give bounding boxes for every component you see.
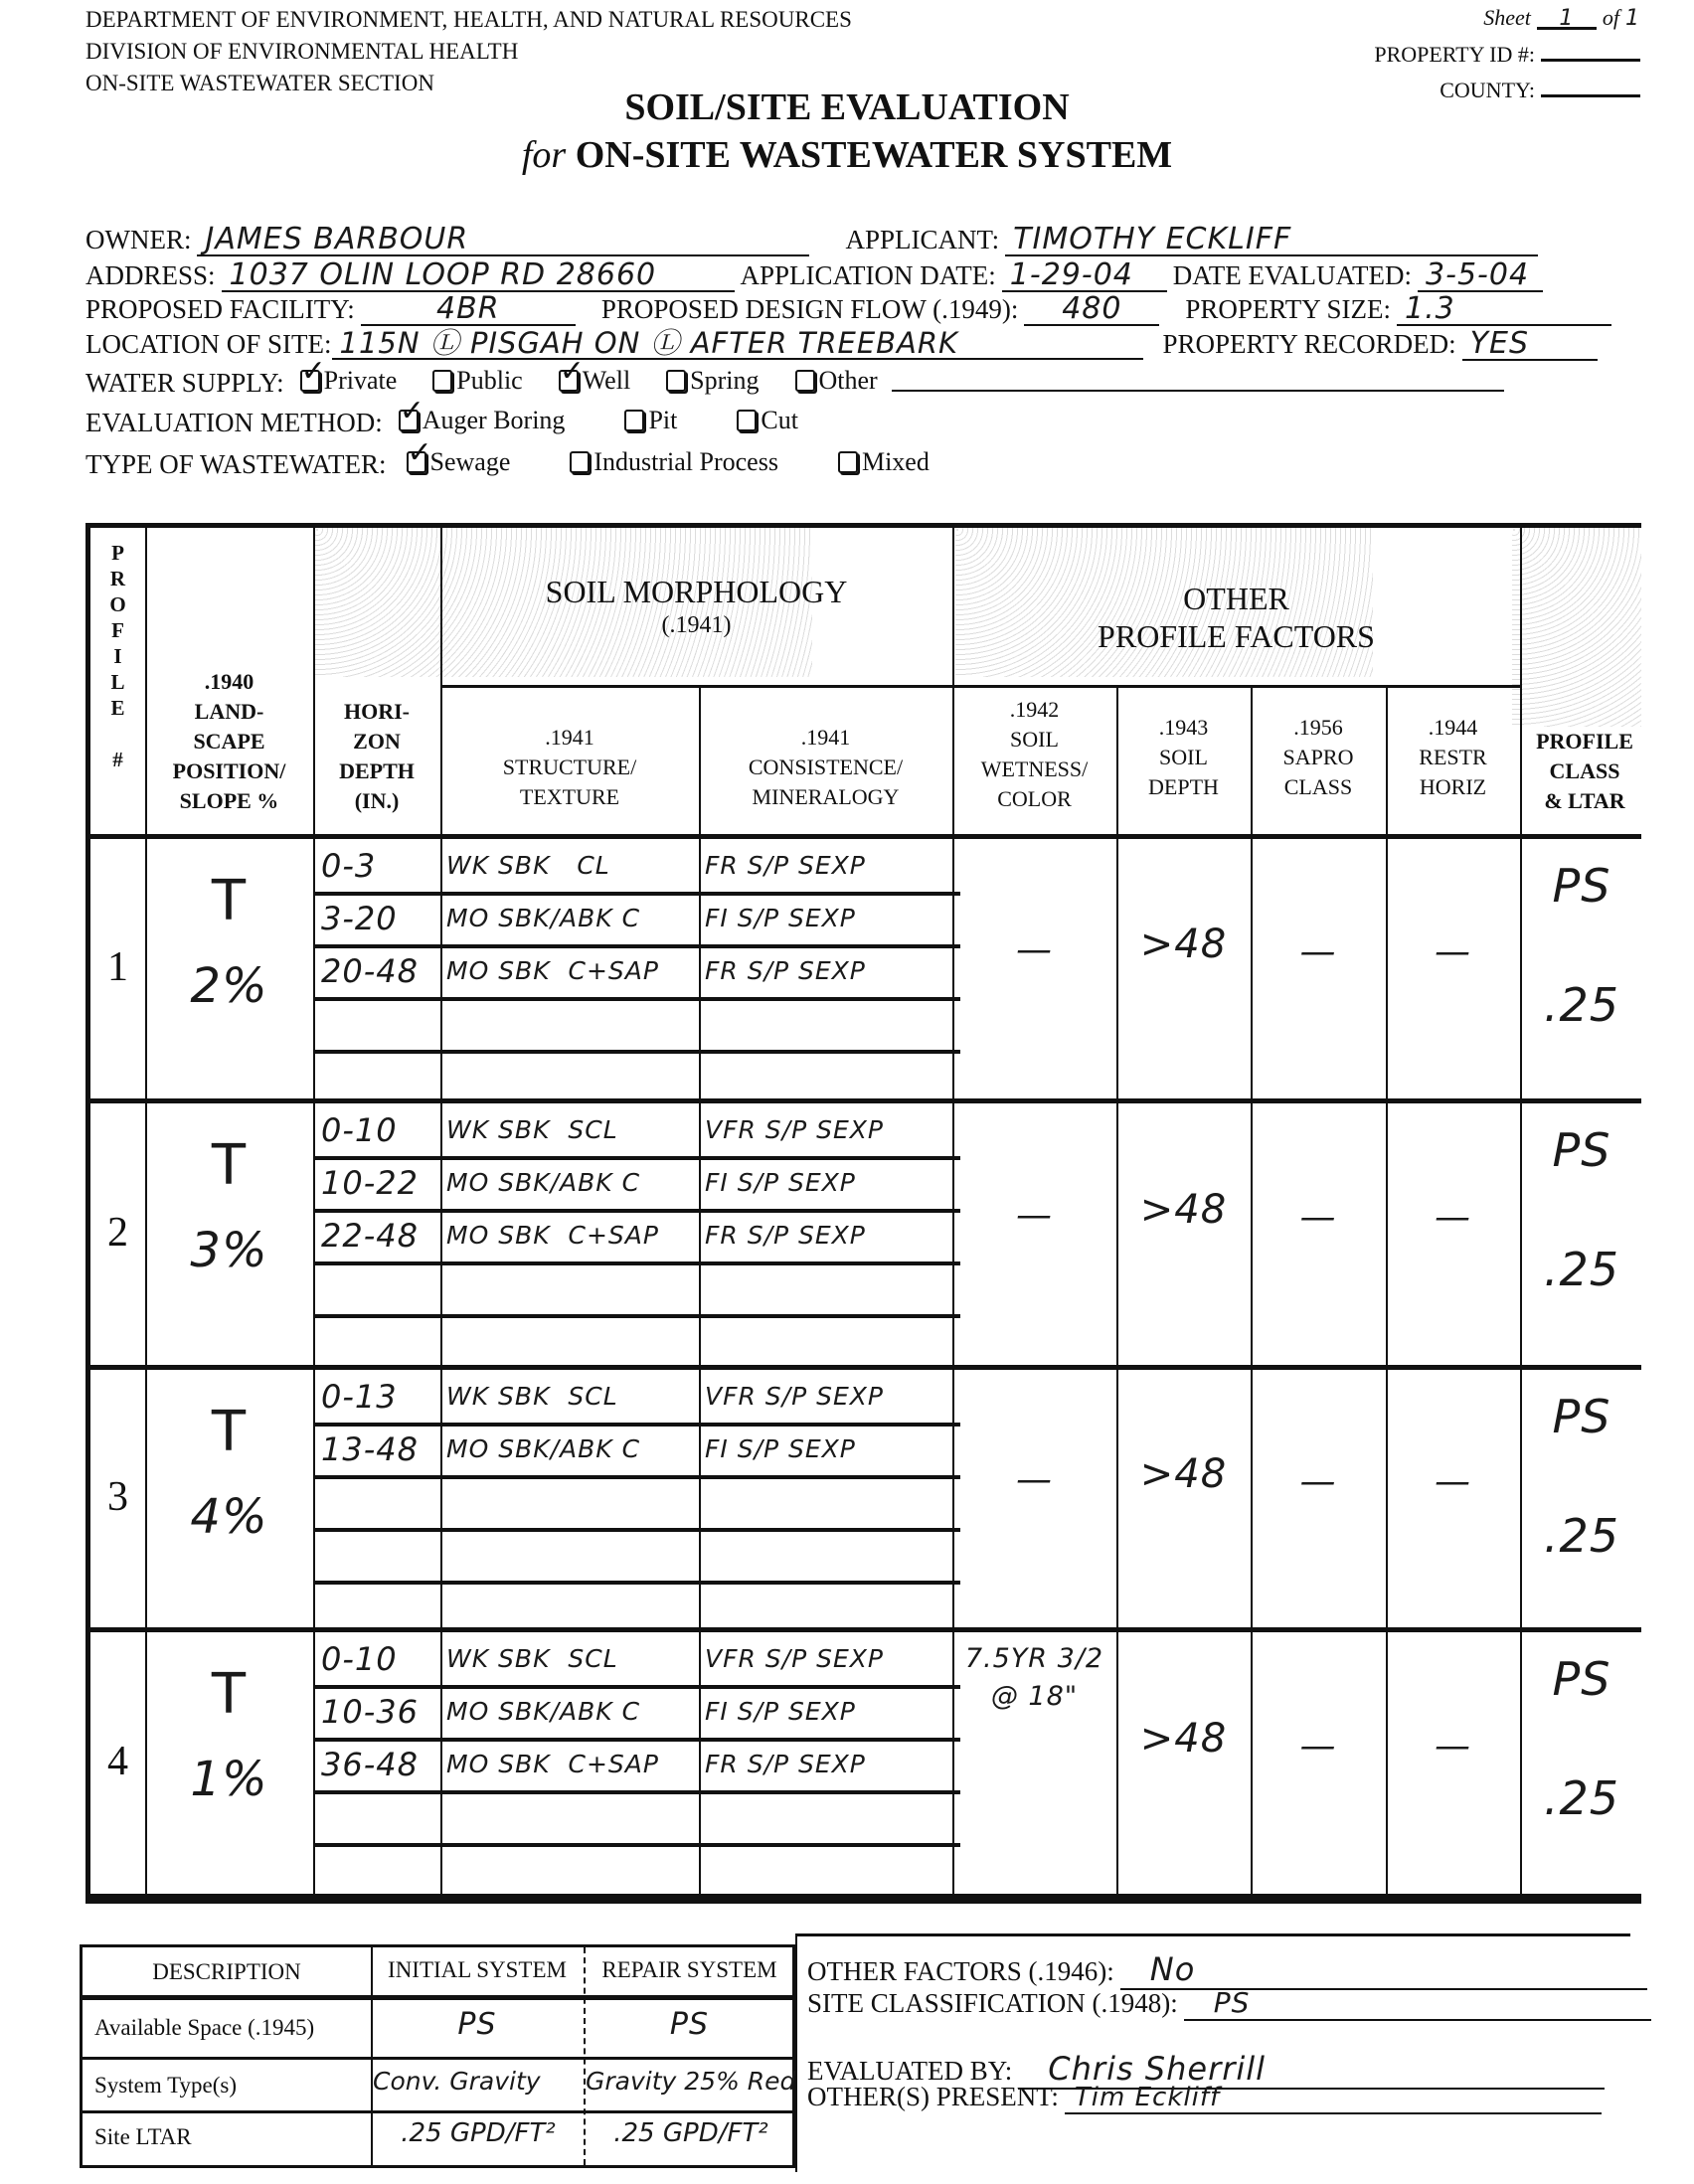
horizon-depth[interactable]: 36-48	[321, 1746, 419, 1783]
available-space-repair[interactable]: PS	[584, 2007, 795, 2042]
profile-class[interactable]: PS	[1522, 1123, 1641, 1177]
restr-horiz[interactable]: —	[1386, 1461, 1520, 1502]
applicant-label: APPLICANT:	[845, 225, 999, 255]
profile-number: 2	[90, 1209, 145, 1257]
restr-horiz[interactable]: —	[1386, 931, 1520, 972]
address-label: ADDRESS:	[85, 260, 216, 291]
application-date-label: APPLICATION DATE:	[741, 260, 996, 291]
wetness-value: —	[952, 1461, 1116, 1499]
repair-system-header: REPAIR SYSTEM	[584, 1957, 795, 1983]
other-factors-label: OTHER FACTORS (.1946):	[807, 1956, 1114, 1987]
checkbox-checked-icon[interactable]	[407, 451, 426, 473]
subtitle-text: ON-SITE WASTEWATER SYSTEM	[576, 134, 1172, 176]
profile-ltar[interactable]: .25	[1522, 1509, 1641, 1563]
consistence-mineralogy[interactable]: FI S/P SEXP	[705, 1434, 951, 1463]
evaluation-method-cut[interactable]: Cut	[737, 406, 798, 435]
footer-divider-vertical	[795, 1933, 797, 2172]
horizon-depth-header: HORI-ZONDEPTH(IN.)	[313, 697, 440, 816]
structure-texture[interactable]: WK SBK CL	[446, 851, 697, 880]
profile-ltar[interactable]: .25	[1522, 1243, 1641, 1296]
sapro-class[interactable]: —	[1251, 1461, 1386, 1502]
footer-divider	[795, 1933, 1630, 1936]
others-present-row: OTHER(S) PRESENT: Tim Eckliff	[807, 2082, 1602, 2114]
water-supply-well[interactable]: Well	[559, 366, 630, 396]
wetness-value: 7.5YR 3/2	[952, 1640, 1116, 1678]
consistence-mineralogy[interactable]: FR S/P SEXP	[705, 851, 951, 880]
wastewater-type-mixed[interactable]: Mixed	[838, 447, 930, 477]
soil-depth[interactable]: >48	[1116, 1716, 1251, 1762]
other-factors-field[interactable]: No	[1120, 1950, 1647, 1990]
checkbox-checked-icon[interactable]	[559, 370, 579, 392]
checkbox-icon[interactable]	[432, 370, 452, 392]
evaluation-method-auger[interactable]: Auger Boring	[399, 406, 566, 435]
soil-wetness-color[interactable]: —	[952, 1461, 1116, 1499]
consistence-mineralogy[interactable]: VFR S/P SEXP	[705, 1115, 951, 1144]
design-flow-label: PROPOSED DESIGN FLOW (.1949):	[601, 294, 1019, 325]
soil-profile-table: PROFILE # .1940LAND-SCAPEPOSITION/SLOPE …	[85, 523, 1636, 1899]
property-size-field[interactable]: 1.3	[1397, 294, 1611, 326]
structure-texture-header: .1941STRUCTURE/TEXTURE	[440, 723, 699, 812]
soil-depth[interactable]: >48	[1116, 1187, 1251, 1233]
horizon-depth[interactable]: 0-10	[321, 1111, 398, 1149]
soil-depth[interactable]: >48	[1116, 922, 1251, 967]
horizon-depth[interactable]: 20-48	[321, 952, 419, 990]
water-supply-other-field[interactable]	[892, 390, 1504, 392]
available-space-initial[interactable]: PS	[371, 2007, 584, 2042]
soil-wetness-color[interactable]: 7.5YR 3/2@ 18"	[952, 1640, 1116, 1716]
checkbox-icon[interactable]	[666, 370, 686, 392]
location-label: LOCATION OF SITE:	[85, 329, 332, 360]
wetness-value: —	[952, 931, 1116, 969]
proposed-facility-field[interactable]: 4BR	[361, 294, 576, 326]
profile-number: 3	[90, 1473, 145, 1521]
system-type-label: System Type(s)	[94, 2073, 237, 2099]
evaluation-method-pit[interactable]: Pit	[624, 406, 677, 435]
wetness-depth: @ 18"	[952, 1678, 1116, 1716]
description-header: DESCRIPTION	[83, 1959, 371, 1985]
checkbox-icon[interactable]	[570, 451, 590, 473]
other-factors-row: OTHER FACTORS (.1946): No	[807, 1950, 1647, 1990]
system-summary-table: DESCRIPTION INITIAL SYSTEM REPAIR SYSTEM…	[80, 1944, 795, 2168]
checkbox-icon[interactable]	[838, 451, 858, 473]
property-recorded-label: PROPERTY RECORDED:	[1163, 329, 1456, 360]
others-present-field[interactable]: Tim Eckliff	[1065, 2083, 1602, 2114]
location-field[interactable]: 115N Ⓛ PISGAH ON Ⓛ AFTER TREEBARK	[332, 328, 1143, 360]
proposed-facility-label: PROPOSED FACILITY:	[85, 294, 355, 325]
profile-number: 1	[90, 943, 145, 991]
date-evaluated-field[interactable]: 3-5-04	[1418, 260, 1543, 292]
horizon-depth[interactable]: 0-3	[321, 847, 376, 885]
evaluation-method-row: EVALUATION METHOD: Auger Boring Pit Cut	[85, 406, 834, 438]
consistence-mineralogy[interactable]: VFR S/P SEXP	[705, 1382, 951, 1411]
soil-wetness-header: .1942SOILWETNESS/COLOR	[952, 695, 1116, 814]
site-classification-label: SITE CLASSIFICATION (.1948):	[807, 1988, 1178, 2019]
wastewater-type-sewage[interactable]: Sewage	[407, 447, 511, 477]
structure-texture[interactable]: MO SBK/ABK C	[446, 1697, 697, 1726]
profile-class[interactable]: PS	[1522, 1652, 1641, 1706]
horizon-depth[interactable]: 22-48	[321, 1217, 419, 1255]
horizon-depth[interactable]: 3-20	[321, 900, 398, 937]
consistence-mineralogy-header: .1941CONSISTENCE/MINERALOGY	[699, 723, 952, 812]
consistence-mineralogy[interactable]: FR S/P SEXP	[705, 956, 951, 985]
consistence-mineralogy[interactable]: FR S/P SEXP	[705, 1221, 951, 1250]
consistence-mineralogy[interactable]: FI S/P SEXP	[705, 1697, 951, 1726]
form-subtitle: for ON-SITE WASTEWATER SYSTEM	[0, 133, 1694, 177]
checkbox-icon[interactable]	[737, 410, 757, 431]
agency-line-1: Department of Environment, Health, and N…	[85, 4, 852, 36]
date-evaluated-label: DATE EVALUATED:	[1173, 260, 1412, 291]
structure-texture[interactable]: MO SBK/ABK C	[446, 904, 697, 932]
horizon-depth[interactable]: 10-36	[321, 1693, 419, 1731]
others-present-label: OTHER(S) PRESENT:	[807, 2082, 1059, 2112]
applicant-field[interactable]: TIMOTHY ECKLIFF	[1005, 225, 1538, 256]
wastewater-type-industrial[interactable]: Industrial Process	[570, 447, 778, 477]
slope-percent[interactable]: 1%	[145, 1752, 313, 1807]
restr-horiz-header: .1944RESTRHORIZ	[1386, 713, 1520, 802]
sheet-total[interactable]: 1	[1625, 3, 1640, 35]
horizon-depth[interactable]: 0-13	[321, 1378, 398, 1416]
profile-class[interactable]: PS	[1522, 1390, 1641, 1443]
site-classification-row: SITE CLASSIFICATION (.1948): PS	[807, 1986, 1651, 2021]
address-row: ADDRESS: 1037 OLIN LOOP RD 28660 APPLICA…	[85, 260, 1549, 292]
slope-percent[interactable]: 4%	[145, 1489, 313, 1545]
address-field[interactable]: 1037 OLIN LOOP RD 28660	[222, 260, 735, 292]
structure-texture[interactable]: WK SBK SCL	[446, 1644, 697, 1673]
site-classification-field[interactable]: PS	[1184, 1986, 1651, 2021]
landscape-header: .1940LAND-SCAPEPOSITION/SLOPE %	[145, 667, 313, 816]
profile-class-header: PROFILECLASS& LTAR	[1520, 727, 1649, 816]
other-profile-factors-header: OTHERPROFILE FACTORS	[952, 580, 1520, 655]
form-title: SOIL/SITE EVALUATION	[0, 85, 1694, 129]
water-supply-private[interactable]: Private	[300, 366, 398, 396]
consistence-mineralogy[interactable]: VFR S/P SEXP	[705, 1644, 951, 1673]
restr-horiz[interactable]: —	[1386, 1726, 1520, 1766]
slope-percent[interactable]: 3%	[145, 1223, 313, 1278]
consistence-mineralogy[interactable]: FI S/P SEXP	[705, 1168, 951, 1197]
sapro-class[interactable]: —	[1251, 1197, 1386, 1238]
slope-percent[interactable]: 2%	[145, 958, 313, 1014]
structure-texture[interactable]: MO SBK/ABK C	[446, 1168, 697, 1197]
property-recorded-field[interactable]: YES	[1462, 329, 1598, 361]
profile-number: 4	[90, 1738, 145, 1785]
sheet-label: Sheet	[1483, 2, 1531, 34]
available-space-label: Available Space (.1945)	[94, 2015, 314, 2041]
system-type-initial[interactable]: Conv. Gravity	[373, 2067, 584, 2096]
water-supply-row: WATER SUPPLY: Private Public Well Spring…	[85, 366, 1510, 399]
sheet-number-field[interactable]: 1	[1537, 3, 1597, 30]
structure-texture[interactable]: MO SBK C+SAP	[446, 1750, 697, 1778]
horizon-depth[interactable]: 0-10	[321, 1640, 398, 1678]
sapro-class[interactable]: —	[1251, 1726, 1386, 1766]
consistence-mineralogy[interactable]: FI S/P SEXP	[705, 904, 951, 932]
application-date-field[interactable]: 1-29-04	[1002, 260, 1167, 292]
sapro-class[interactable]: —	[1251, 931, 1386, 972]
design-flow-field[interactable]: 480	[1024, 294, 1159, 326]
structure-texture[interactable]: WK SBK SCL	[446, 1382, 697, 1411]
site-ltar-repair[interactable]: .25 GPD/FT²	[586, 2118, 796, 2148]
wastewater-type-row: TYPE OF WASTEWATER: Sewage Industrial Pr…	[85, 447, 965, 480]
owner-row: OWNER: JAMES BARBOUR APPLICANT: TIMOTHY …	[85, 225, 1544, 256]
soil-wetness-color[interactable]: —	[952, 931, 1116, 969]
water-supply-label: WATER SUPPLY:	[85, 368, 284, 399]
profile-number-header: PROFILE #	[90, 540, 145, 772]
initial-system-header: INITIAL SYSTEM	[371, 1957, 584, 1983]
water-supply-public[interactable]: Public	[432, 366, 522, 396]
owner-field[interactable]: JAMES BARBOUR	[197, 225, 809, 256]
wastewater-type-label: TYPE OF WASTEWATER:	[85, 449, 387, 480]
property-size-label: PROPERTY SIZE:	[1185, 294, 1391, 325]
profile-class[interactable]: PS	[1522, 859, 1641, 913]
owner-label: OWNER:	[85, 225, 191, 255]
landscape-position[interactable]: T	[145, 1133, 313, 1198]
water-supply-spring[interactable]: Spring	[666, 366, 759, 396]
sheet-of-label: of	[1603, 2, 1619, 34]
site-ltar-label: Site LTAR	[94, 2124, 192, 2150]
system-type-repair[interactable]: Gravity 25% Red	[586, 2067, 796, 2096]
site-ltar-initial[interactable]: .25 GPD/FT²	[373, 2118, 584, 2148]
horizon-depth[interactable]: 13-48	[321, 1430, 419, 1468]
subtitle-prefix: for	[522, 134, 566, 176]
water-supply-other[interactable]: Other	[795, 366, 878, 396]
structure-texture[interactable]: MO SBK C+SAP	[446, 1221, 697, 1250]
soil-wetness-color[interactable]: —	[952, 1197, 1116, 1235]
landscape-position[interactable]: T	[145, 1662, 313, 1727]
profile-ltar[interactable]: .25	[1522, 978, 1641, 1032]
landscape-position[interactable]: T	[145, 869, 313, 933]
structure-texture[interactable]: MO SBK C+SAP	[446, 956, 697, 985]
restr-horiz[interactable]: —	[1386, 1197, 1520, 1238]
checkbox-icon[interactable]	[624, 410, 644, 431]
evaluation-method-label: EVALUATION METHOD:	[85, 408, 383, 438]
agency-line-2: Division of Environmental Health	[85, 36, 852, 68]
structure-texture[interactable]: MO SBK/ABK C	[446, 1434, 697, 1463]
structure-texture[interactable]: WK SBK SCL	[446, 1115, 697, 1144]
wetness-value: —	[952, 1197, 1116, 1235]
checkbox-checked-icon[interactable]	[300, 370, 320, 392]
landscape-position[interactable]: T	[145, 1400, 313, 1464]
property-id-field[interactable]	[1541, 35, 1640, 62]
horizon-depth[interactable]: 10-22	[321, 1164, 419, 1202]
checkbox-checked-icon[interactable]	[399, 410, 419, 431]
consistence-mineralogy[interactable]: FR S/P SEXP	[705, 1750, 951, 1778]
soil-morphology-header: SOIL MORPHOLOGY (.1941)	[440, 573, 952, 640]
checkbox-icon[interactable]	[795, 370, 815, 392]
facility-row: PROPOSED FACILITY: 4BR PROPOSED DESIGN F…	[85, 294, 1617, 326]
sapro-class-header: .1956SAPROCLASS	[1251, 713, 1386, 802]
property-id-label: PROPERTY ID #:	[1374, 39, 1535, 71]
soil-depth-header: .1943SOILDEPTH	[1116, 713, 1251, 802]
profile-ltar[interactable]: .25	[1522, 1771, 1641, 1825]
soil-depth[interactable]: >48	[1116, 1451, 1251, 1497]
